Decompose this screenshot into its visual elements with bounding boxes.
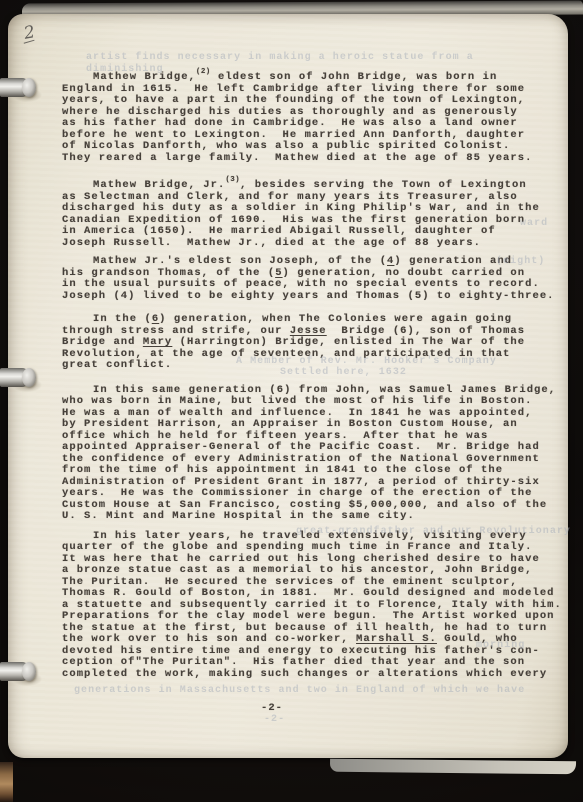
- typed-line: as his father had done in Cambridge. He …: [62, 118, 568, 130]
- metal-post-cap: [22, 368, 36, 387]
- typed-line: ception of"The Puritan". His father died…: [62, 657, 568, 669]
- typed-page-number: -2-: [8, 702, 536, 714]
- typed-line: in the usual pursuits of peace, with no …: [62, 279, 568, 291]
- photo-of-document: { "colors": { "paper": "#ece7d8", "ink":…: [0, 0, 583, 802]
- ghost-text-fragment: A Member of Rev. Mr. Hooker's Company: [236, 356, 497, 367]
- typed-line: by President Harrison, an Appraiser in B…: [62, 419, 568, 431]
- paragraph: Mathew Jr.'s eldest son Joseph, of the (…: [62, 256, 568, 302]
- typed-line: Thomas R. Gould of Boston, in 1881. Mr. …: [62, 588, 568, 600]
- paragraph: In this same generation (6) from John, w…: [62, 385, 568, 523]
- metal-post-cap: [22, 78, 36, 97]
- paragraph: Mathew Bridge,(2) eldest son of John Bri…: [62, 72, 568, 164]
- binder-post-bottom: [0, 660, 40, 686]
- typed-line: U. S. Mint and Marine Hospital in the sa…: [62, 511, 568, 523]
- typed-line: Mathew Bridge, Jr.(3), besides serving t…: [62, 180, 568, 192]
- ghost-text-fragment: diminishing: [86, 64, 164, 75]
- typed-line: Joseph (4) lived to be eighty years and …: [62, 291, 568, 303]
- under-page-edge: [330, 759, 576, 775]
- typed-line: a bronze statue cast as a memorial to hi…: [62, 565, 568, 577]
- typed-line: appointed Appraiser-General of the Pacif…: [62, 442, 568, 454]
- ghost-text-fragment: morning: [476, 640, 525, 651]
- paragraph: In his later years, he traveled extensiv…: [62, 531, 568, 681]
- typed-line: years. He was the Commissioner in charge…: [62, 488, 568, 500]
- ghost-text-fragment: great-grandfather and our Revolutionary: [296, 526, 571, 537]
- typed-line: from the time of his appointment in 1841…: [62, 465, 568, 477]
- document-page: 2 Mathew Bridge,(2) eldest son of John B…: [8, 14, 568, 758]
- typed-line: completed the work, making such changes …: [62, 669, 568, 681]
- ghost-text-fragment: ward: [520, 218, 548, 229]
- binder-post-middle: [0, 366, 40, 392]
- ghost-text-fragment: (eight): [496, 256, 545, 267]
- typed-line: Bridge and Mary (Harrington) Bridge, enl…: [62, 337, 568, 349]
- typed-line: Preparations for the clay model were beg…: [62, 611, 568, 623]
- binder-reflection-strip: [0, 762, 13, 802]
- paragraph: Mathew Bridge, Jr.(3), besides serving t…: [62, 180, 568, 249]
- typed-line: of Nicolas Danforth, who was also a publ…: [62, 141, 568, 153]
- typed-line: Joseph Russell. Mathew Jr., died at the …: [62, 238, 568, 250]
- ghost-text-fragment: -2-: [264, 714, 285, 725]
- typed-line: Mathew Jr.'s eldest son Joseph, of the (…: [62, 256, 568, 268]
- typed-line: quarter of the globe and spending much t…: [62, 542, 568, 554]
- typed-line: years, to have a part in the founding of…: [62, 95, 568, 107]
- ghost-text-fragment: Settled here, 1632: [280, 367, 407, 378]
- ghost-text-fragment: artist finds necessary in making a heroi…: [86, 52, 474, 63]
- ghost-text-fragment: generations in Massachusetts and two in …: [74, 685, 525, 696]
- binder-post-top: [0, 76, 40, 102]
- handwritten-page-number: 2: [22, 22, 36, 43]
- typed-line: They reared a large family. Mathew died …: [62, 153, 568, 165]
- metal-post-cap: [22, 662, 36, 681]
- typed-line: discharged his duty as a soldier in King…: [62, 203, 568, 215]
- typed-line: who was born in Maine, but lived the mos…: [62, 396, 568, 408]
- typed-line: in America (1650). He married Abigail Ru…: [62, 226, 568, 238]
